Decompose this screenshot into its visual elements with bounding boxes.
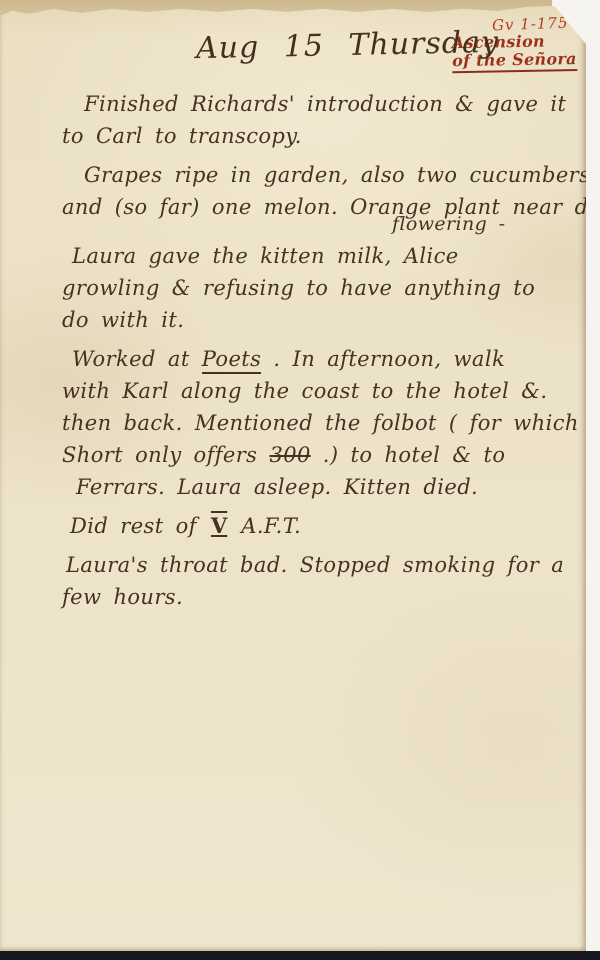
entry-line: Ferrars. Laura asleep. Kitten died. [76,471,562,503]
text-segment: with Karl along the coast to the hotel &… [62,379,547,403]
text-segment: Finished Richards' introduction & gave i… [84,92,566,116]
scan-edge-strip [0,951,600,960]
text-segment: Ferrars. Laura asleep. Kitten died. [76,475,478,499]
text-segment: Short only offers [62,443,269,467]
text-segment: growling & refusing to have anything to [62,276,535,300]
scanned-diary-page: Gv 1-175 Ascension of the Señora Aug 15 … [0,0,600,960]
text-segment: . In afternoon, walk [261,347,505,371]
diary-paragraph: Finished Richards' introduction & gave i… [62,88,562,152]
text-segment: and (so far) one melon. Orange plant nea… [62,195,600,219]
diary-paragraph: Grapes ripe in garden, also two cucumber… [62,159,562,233]
diary-paragraph: Worked at Poets . In afternoon, walkwith… [62,343,562,503]
entry-line: growling & refusing to have anything to [62,272,562,304]
entry-lines: Finished Richards' introduction & gave i… [62,88,562,620]
text-segment: Worked at [72,347,202,371]
diary-paragraph: Did rest of V A.F.T. [62,510,562,542]
text-segment: Grapes ripe in garden, also two cucumber… [84,163,590,187]
text-segment: flowering - [392,213,505,235]
entry-line: Grapes ripe in garden, also two cucumber… [84,159,562,191]
text-segment: V [209,513,229,538]
diary-paragraph: Laura's throat bad. Stopped smoking for … [62,549,562,613]
date-heading: Aug 15 Thursday [196,25,500,66]
text-segment: .) to hotel & to [311,443,506,467]
entry-line: Finished Richards' introduction & gave i… [84,88,562,120]
text-segment: Did rest of [70,514,209,538]
entry-line: do with it. [62,304,562,336]
manuscript-sheet: Gv 1-175 Ascension of the Señora Aug 15 … [0,0,586,951]
text-segment: then back. Mentioned the folbot ( for wh… [62,411,579,435]
entry-line: to Carl to transcopy. [62,120,562,152]
entry-line: Laura's throat bad. Stopped smoking for … [66,549,562,581]
text-segment: to Carl to transcopy. [62,124,302,148]
text-segment: A.F.T. [229,514,301,538]
entry-line: Laura gave the kitten milk, Alice [72,240,562,272]
text-segment: Poets [202,347,262,374]
text-segment: Laura gave the kitten milk, Alice [72,244,459,268]
entry-line: Did rest of V A.F.T. [70,510,562,542]
text-segment: 300 [269,443,310,467]
entry-line: Worked at Poets . In afternoon, walk [72,343,562,375]
entry-line: few hours. [62,581,562,613]
text-segment: Laura's throat bad. Stopped smoking for … [66,553,564,577]
entry-line: then back. Mentioned the folbot ( for wh… [62,407,562,439]
text-segment: do with it. [62,308,184,332]
entry-line: with Karl along the coast to the hotel &… [62,375,562,407]
text-segment: few hours. [62,585,183,609]
entry-line: Short only offers 300 .) to hotel & to [62,439,562,471]
diary-paragraph: Laura gave the kitten milk, Alicegrowlin… [62,240,562,336]
